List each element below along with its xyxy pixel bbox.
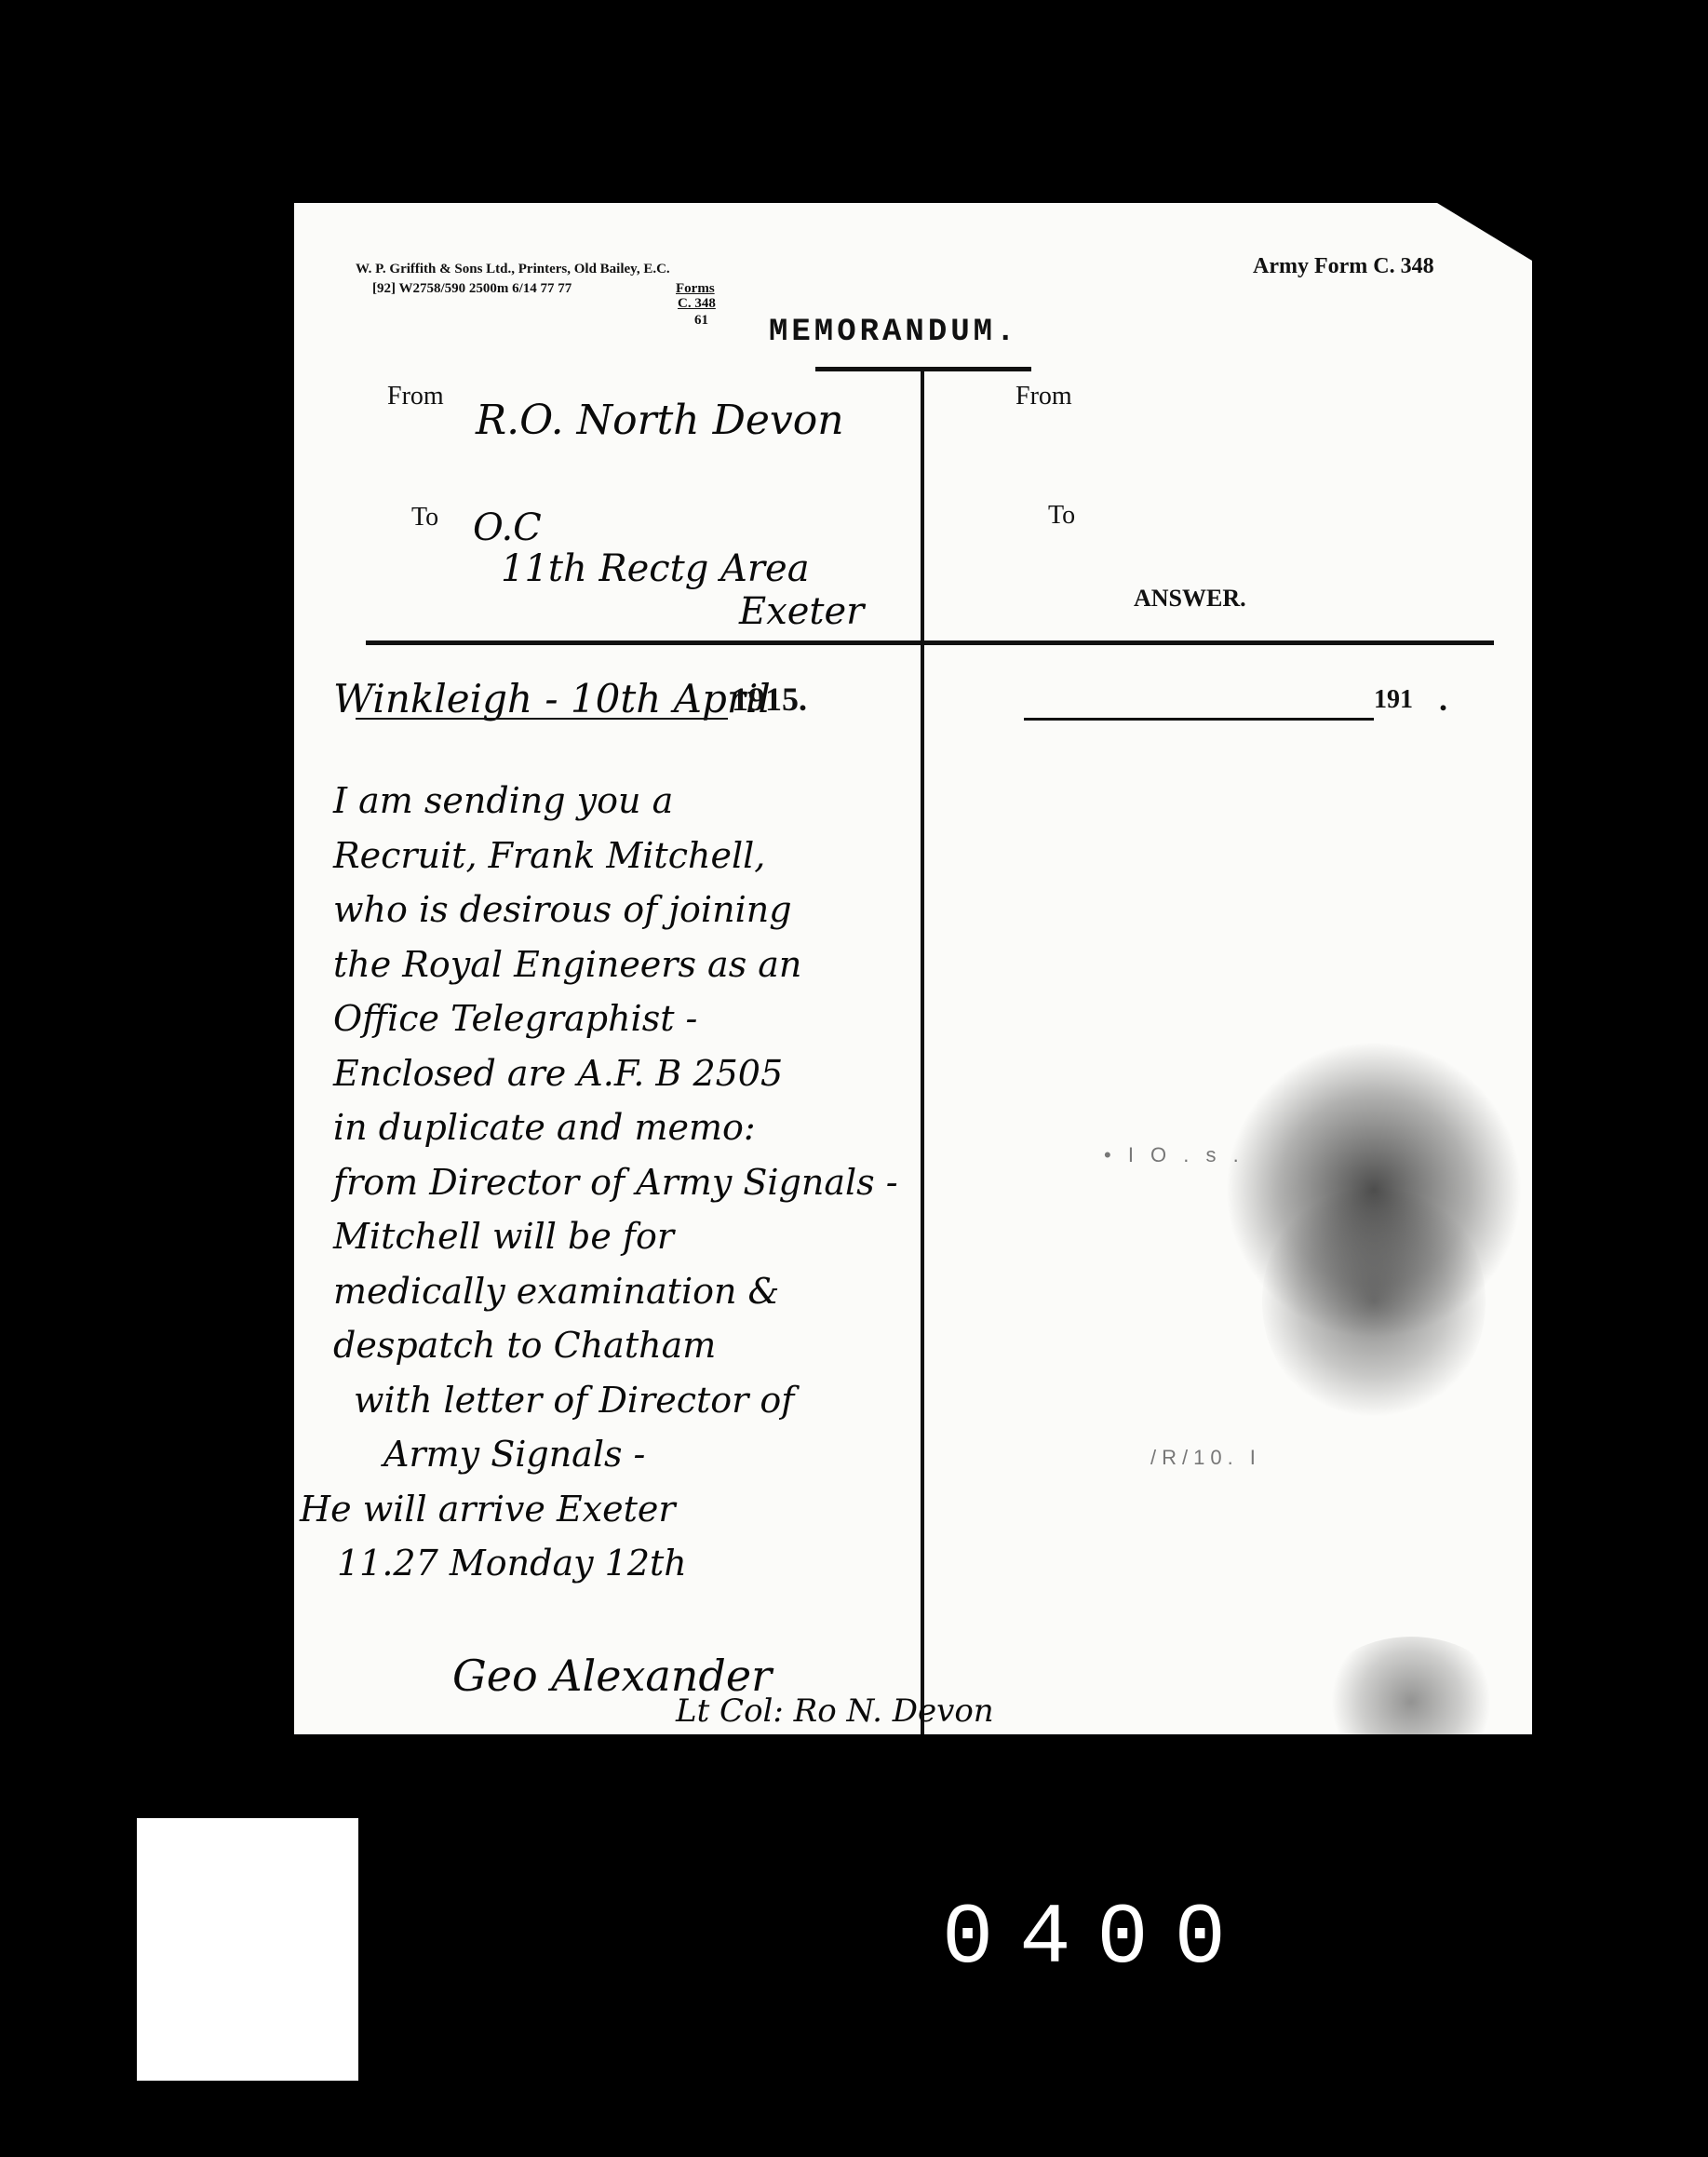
body-line: in duplicate and memo: [333,1107,756,1148]
to-line-1: O.C [473,506,542,549]
body-line: He will arrive Exeter [300,1489,676,1530]
forms-code: C. 348 [678,296,716,312]
from-label: From [387,382,444,411]
memo-title: MEMORANDUM. [769,315,1018,350]
memorandum-form: W. P. Griffith & Sons Ltd., Printers, Ol… [294,203,1532,1734]
place-date: Winkleigh - 10th April [333,676,771,721]
bleed-text: /R/10. I [1150,1446,1261,1470]
body-line: Mitchell will be for [333,1216,674,1257]
signature-title: Lt Col: Ro N. Devon [676,1692,994,1730]
body-line: Office Telegraphist - [333,998,697,1039]
body-line: Army Signals - [383,1434,645,1475]
answer-year-suffix: . [1439,680,1447,719]
ink-stain [1318,1637,1504,1767]
body-line: Recruit, Frank Mitchell, [333,835,765,876]
header-divider [366,640,1494,645]
forms-num: 61 [694,313,708,329]
year: 1915. [732,680,807,719]
date-underline [356,718,728,720]
body-line: who is desirous of joining [333,889,792,930]
to-line-2: 11th Rectg Area [501,547,810,590]
body-line: with letter of Director of [354,1380,794,1421]
answer-year-prefix: 191 [1374,685,1413,715]
frame-counter: 0400 [942,1890,1252,1988]
body-line: the Royal Engineers as an [333,944,801,985]
army-form-number: Army Form C. 348 [1253,254,1434,279]
answer-date-line [1024,718,1374,721]
body-line: I am sending you a [333,780,673,821]
forms-label: Forms [676,281,715,297]
body-line: Enclosed are A.F. B 2505 [333,1053,783,1094]
ink-stain [1262,1180,1486,1422]
to-line-3: Exeter [739,590,864,633]
body-line: medically examination & [333,1271,779,1312]
bleed-text: • I O . s . [1104,1143,1244,1167]
body-line: 11.27 Monday 12th [337,1543,687,1584]
printer-line-2: [92] W2758/590 2500m 6/14 77 77 [372,281,572,297]
printer-line-1: W. P. Griffith & Sons Ltd., Printers, Ol… [356,262,670,277]
answer-to-label: To [1048,501,1075,531]
from-value: R.O. North Devon [476,397,844,444]
answer-from-label: From [1015,382,1072,411]
to-label: To [411,503,438,533]
blank-card [137,1818,358,2081]
column-divider [921,369,924,1734]
body-line: despatch to Chatham [333,1325,716,1366]
answer-label: ANSWER. [1134,585,1246,613]
body-line: from Director of Army Signals - [333,1162,898,1203]
